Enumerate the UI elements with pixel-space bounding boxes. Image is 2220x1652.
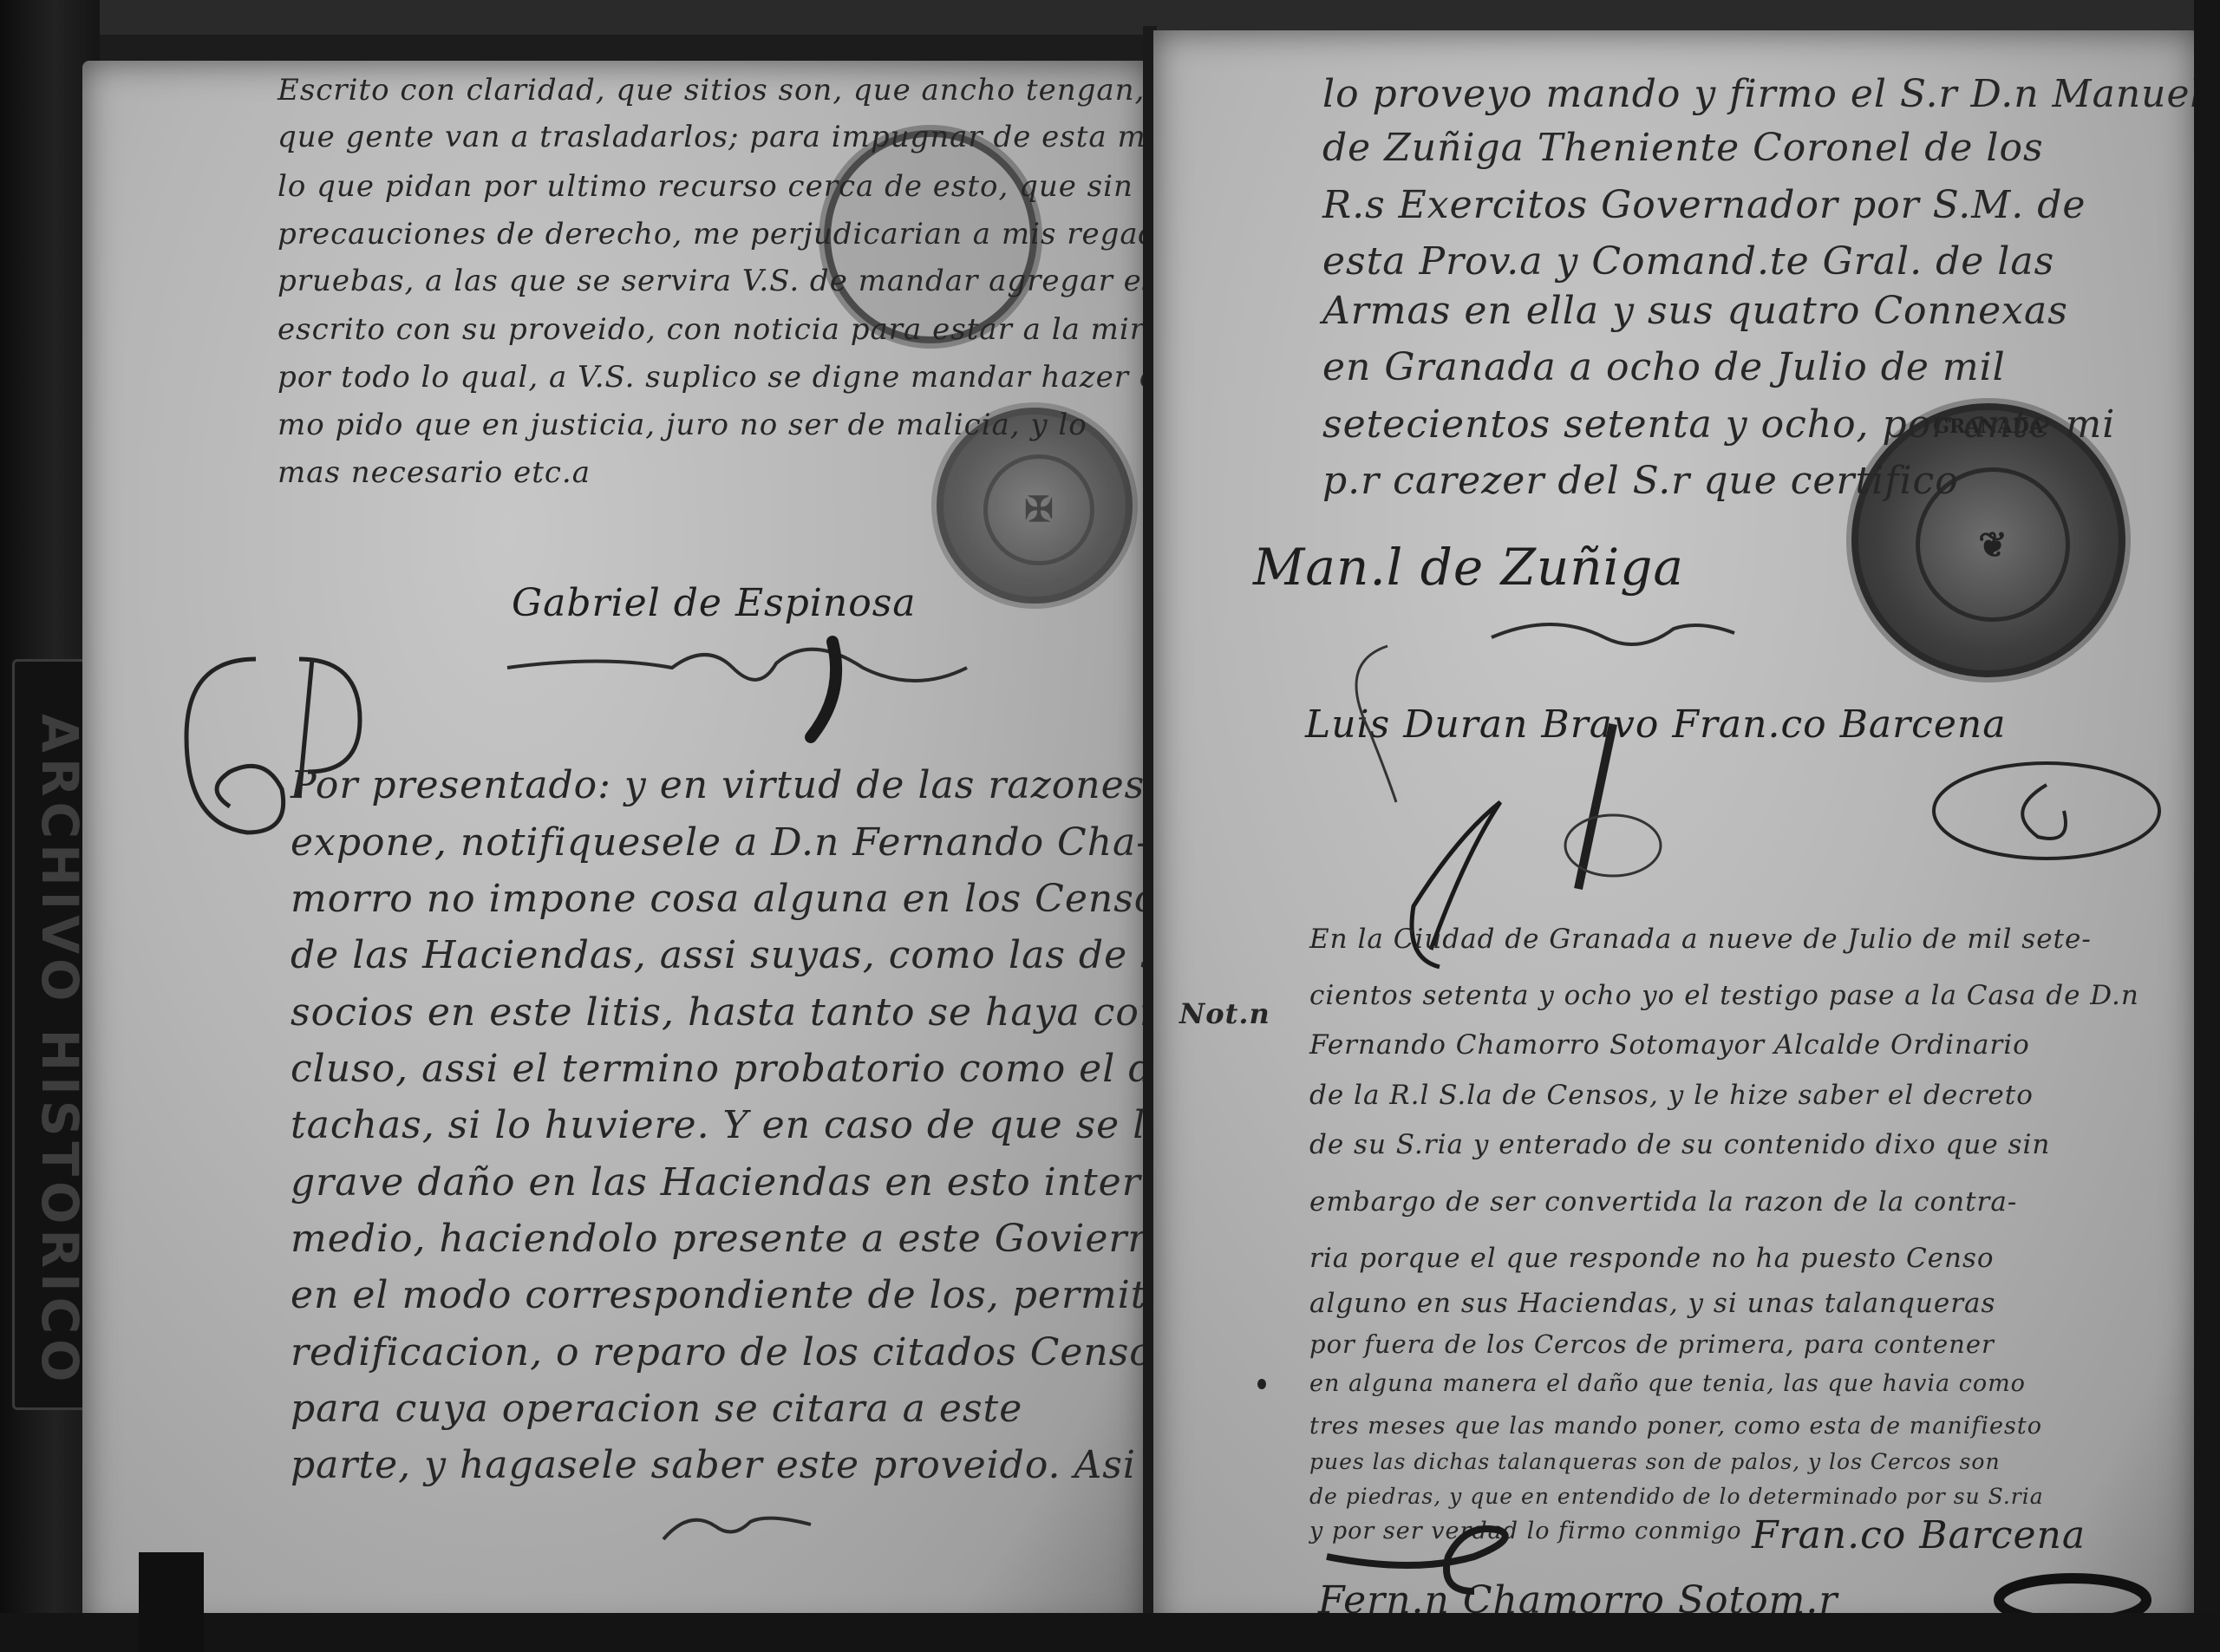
text-line: lo que pidan por ultimo recurso cerca de… [277, 169, 1225, 204]
spine-label-text: ARCHIVO HISTORICO [30, 714, 89, 1387]
decree-line: socios en este litis, hasta tanto se hay… [291, 990, 1179, 1035]
signature-zuniga: Man.l de Zuñiga [1253, 538, 1684, 597]
decree-line: tachas, si lo huviere. Y en caso de que … [291, 1103, 1285, 1147]
text-line: Armas en ella y sus quatro Connexas [1322, 289, 2068, 333]
left-page: ✠ Escrito con claridad, que sitios son, … [82, 61, 1149, 1635]
decree-line: cluso, assi el termino probatorio como e… [291, 1047, 1177, 1091]
decree-line: para cuya operacion se citara a este [291, 1387, 1022, 1431]
rubric-flourish-icon [655, 1500, 828, 1552]
text-line: escrito con su proveido, con noticia par… [277, 312, 1173, 347]
decree-line: de las Haciendas, assi suyas, como las d… [291, 933, 1207, 977]
scanner-frame-right [2194, 0, 2220, 1652]
notification-line: de la R.l S.la de Censos, y le hize sabe… [1309, 1080, 2034, 1111]
decree-line: expone, notifiquesele a D.n Fernando Cha… [291, 820, 1150, 865]
notification-line: ria porque el que responde no ha puesto … [1309, 1243, 1995, 1274]
scanner-frame-top [0, 0, 2220, 35]
notification-line: Fernando Chamorro Sotomayor Alcalde Ordi… [1309, 1029, 2030, 1061]
decree-line: medio, haciendolo presente a este Govier… [291, 1217, 1177, 1261]
text-line: lo proveyo mando y firmo el S.r D.n Manu… [1322, 72, 2204, 116]
margin-notation: Not.n [1179, 997, 1270, 1030]
notification-line: por fuera de los Cercos de primera, para… [1309, 1329, 1995, 1359]
notification-line: de su S.ria y enterado de su contenido d… [1309, 1129, 2050, 1160]
text-line: setecientos setenta y ocho, por ante mi [1322, 402, 2115, 447]
text-line: mas necesario etc.a [277, 455, 591, 490]
decree-line: morro no impone cosa alguna en los Censo… [291, 877, 1179, 921]
decree-line: parte, y hagasele saber este proveido. A… [291, 1443, 1136, 1487]
notification-line: En la Ciudad de Granada a nueve de Julio… [1309, 924, 2092, 955]
decree-line: grave daño en las Haciendas en esto inte… [291, 1160, 1192, 1205]
text-line: esta Prov.a y Comand.te Gral. de las [1322, 239, 2054, 284]
notification-line: en alguna manera el daño que tenia, las … [1309, 1370, 2026, 1397]
closing-rubrics-icon [1309, 1505, 2177, 1626]
decree-line: redificacion, o reparo de los citados Ce… [291, 1330, 1186, 1374]
text-line: precauciones de derecho, me perjudicaria… [277, 217, 1192, 251]
ink-dot [1257, 1379, 1266, 1389]
text-line: en Granada a ocho de Julio de mil [1322, 345, 2006, 389]
text-line: R.s Exercitos Governador por S.M. de [1322, 183, 2086, 227]
notification-line: cientos setenta y ocho yo el testigo pas… [1309, 980, 2139, 1011]
notification-line: tres meses que las mando poner, como est… [1309, 1413, 2042, 1440]
text-line: Escrito con claridad, que sitios son, qu… [277, 73, 1239, 108]
decree-line: Por presentado: y en virtud de las razon… [291, 763, 1232, 807]
spine-label: ARCHIVO HISTORICO [12, 659, 87, 1410]
text-line: de Zuñiga Theniente Coronel de los [1322, 126, 2044, 170]
text-line: pruebas, a las que se servira V.S. de ma… [277, 264, 1189, 298]
signature-flourish-icon [499, 616, 984, 746]
notification-line: pues las dichas talanqueras son de palos… [1309, 1449, 2001, 1474]
right-page: GRANADA ❦ lo proveyo mando y firmo el S.… [1153, 30, 2198, 1635]
text-line: p.r carezer del S.r que certifico [1322, 459, 1959, 503]
seal-center: ✠ [983, 454, 1094, 565]
scanner-frame-bottom [0, 1613, 2220, 1652]
notification-line: alguno en sus Haciendas, y si unas talan… [1309, 1288, 1995, 1319]
decree-line: en el modo correspondiente de los, permi… [291, 1273, 1252, 1317]
scanner-clip [139, 1552, 204, 1652]
text-line: mo pido que en justicia, juro no ser de … [277, 408, 1087, 442]
text-line: por todo lo qual, a V.S. suplico se dign… [277, 360, 1223, 395]
text-line: que gente van a trasladarlos; para impug… [277, 120, 1237, 154]
notification-line: embargo de ser convertida la razon de la… [1309, 1186, 2017, 1218]
